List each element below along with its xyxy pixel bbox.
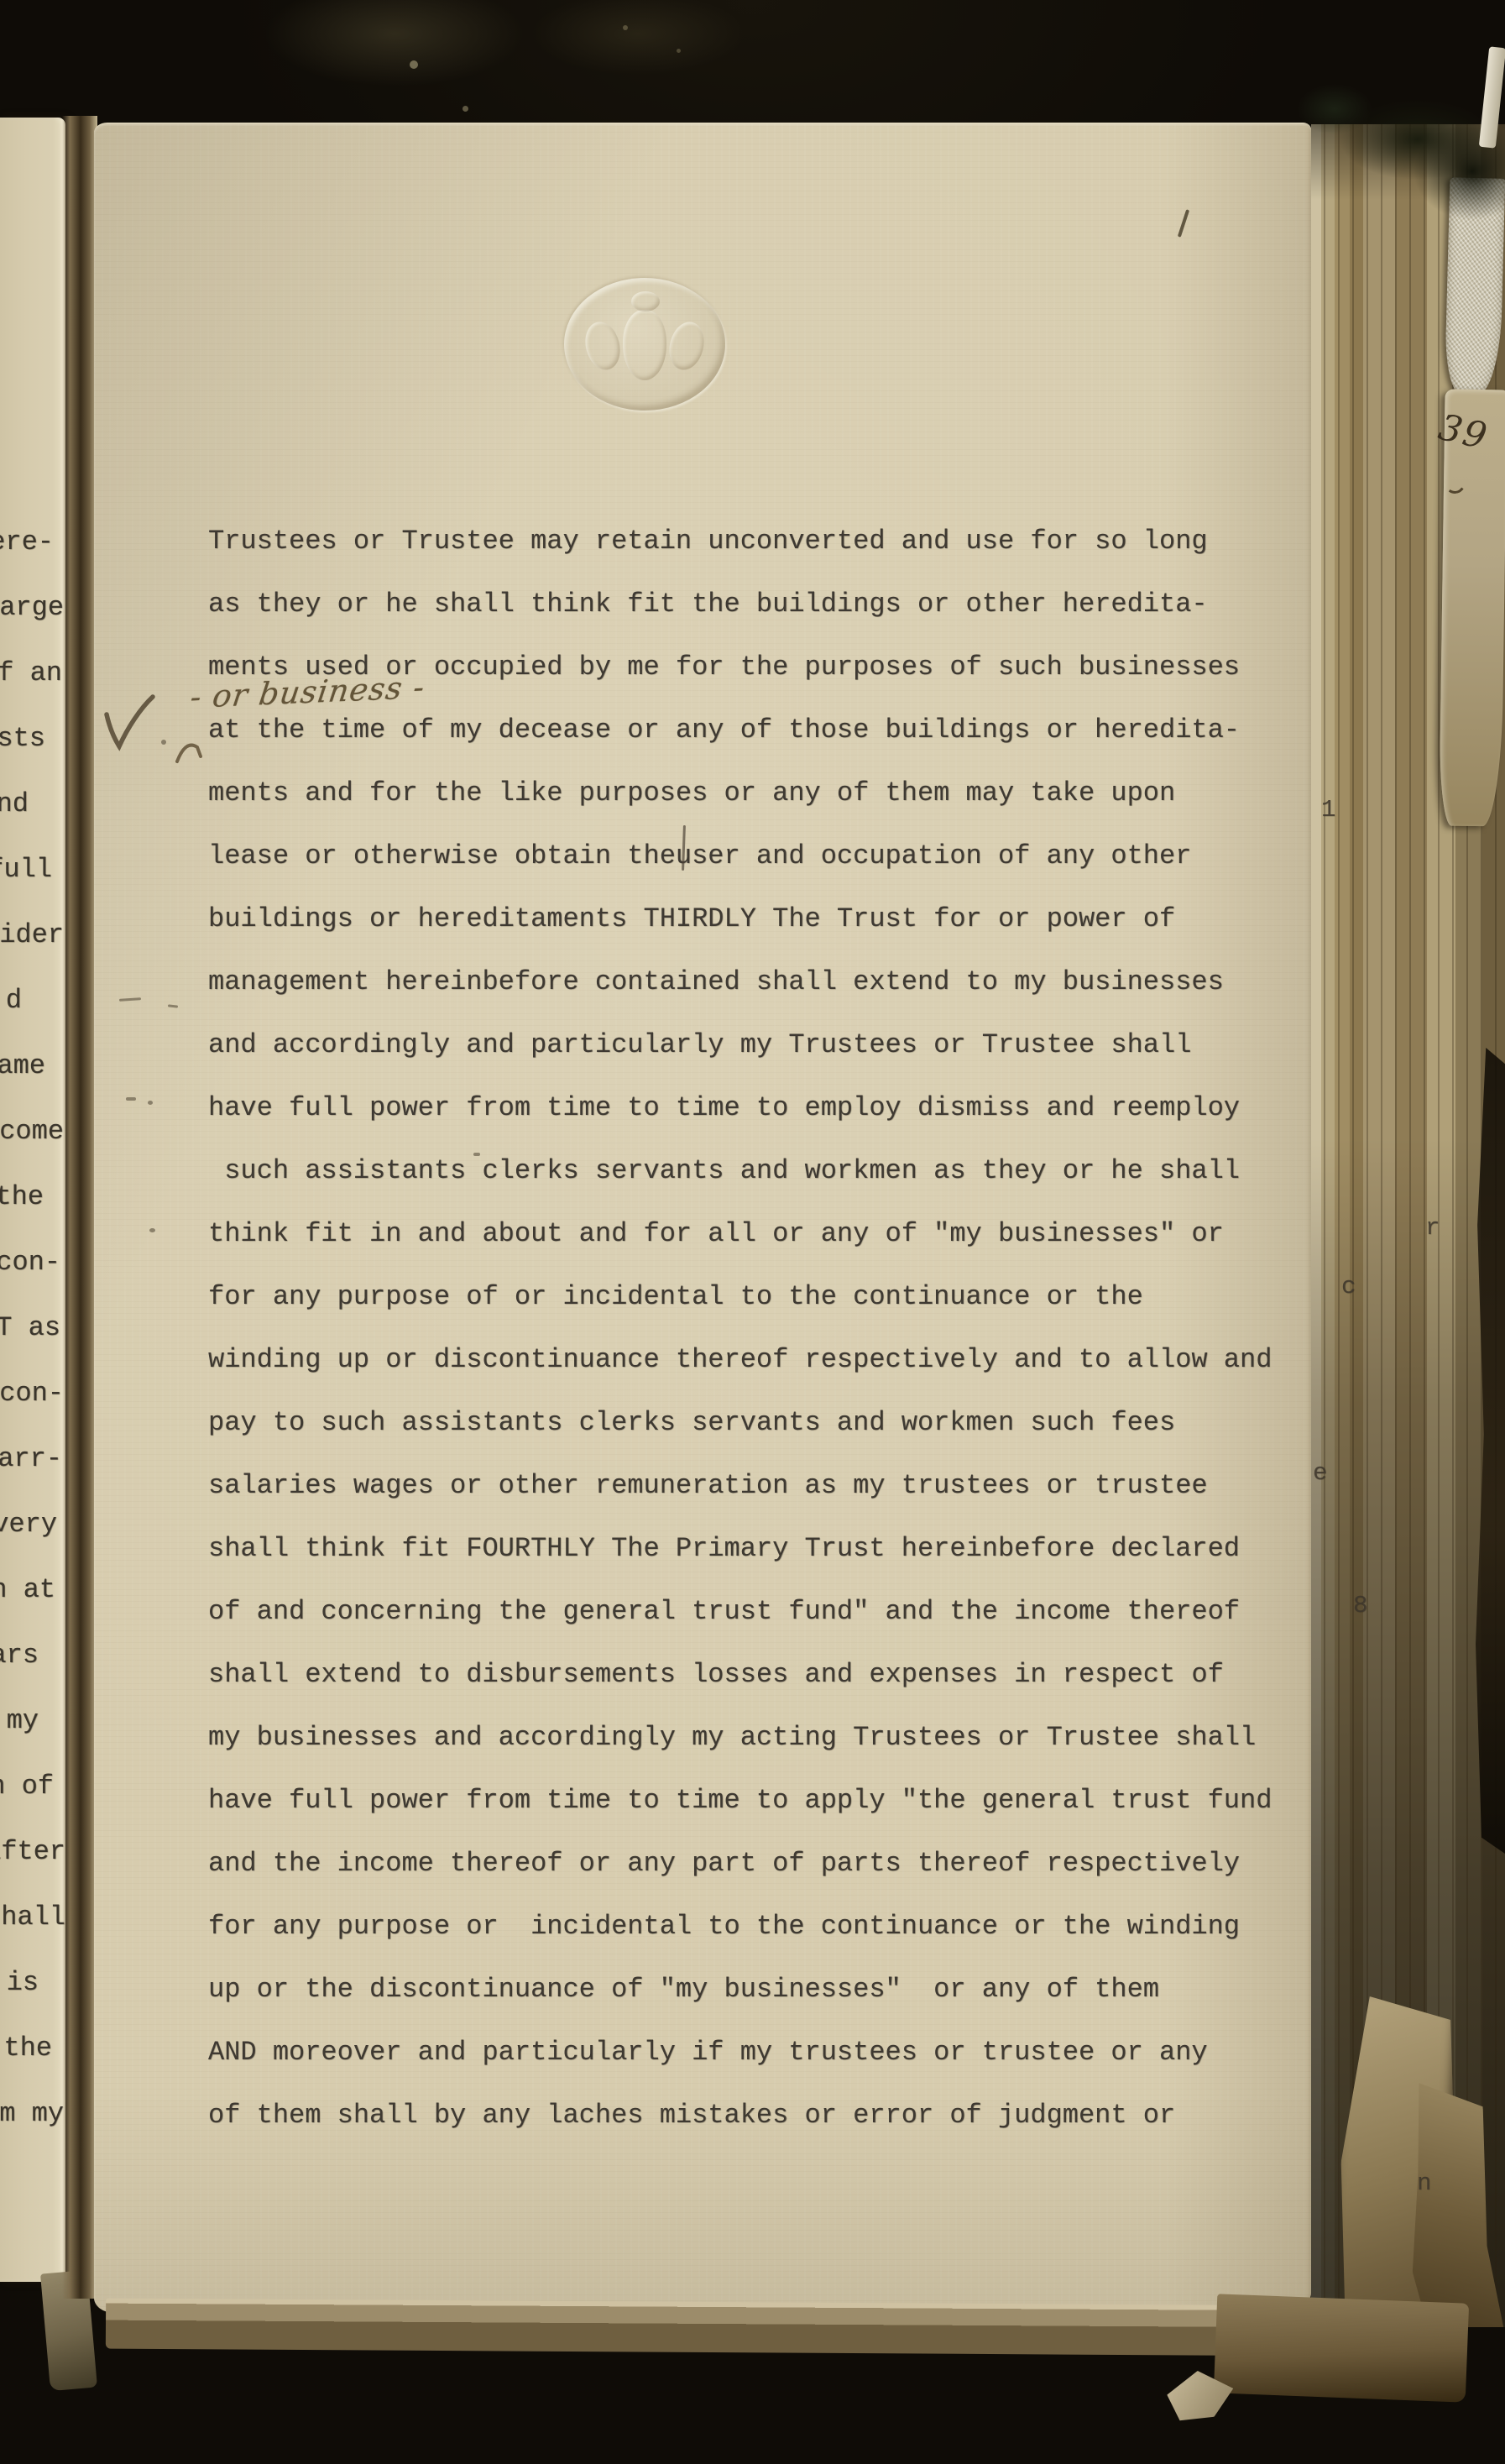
- caret-insertion-mark: [175, 738, 205, 768]
- facing-page-edge-strip: there-schargeof anrustsndn fullonsiderds…: [0, 118, 65, 2282]
- facing-page-line-fragment: of an: [0, 659, 62, 688]
- will-document-page: Trustees or Trustee may retain unconvert…: [94, 123, 1311, 2313]
- facing-page-line-fragment: d con-: [0, 1248, 60, 1277]
- fore-edge-shadow-gap: [1476, 1048, 1505, 1854]
- dust-speck: [677, 49, 681, 53]
- stray-character: 8: [1353, 1592, 1367, 1619]
- dust-speck: [623, 25, 628, 30]
- typed-line: pay to such assistants clerks servants a…: [208, 1407, 1175, 1439]
- facing-page-line-fragment: r my: [0, 1707, 39, 1735]
- dust-speck: [462, 106, 468, 112]
- typed-line: of them shall by any laches mistakes or …: [208, 2100, 1175, 2132]
- facing-page-line-fragment: same: [0, 1052, 45, 1080]
- bottom-page-stack-edge: [106, 2299, 1318, 2357]
- seal-crown: [631, 291, 660, 311]
- seal-lion-supporter: [581, 318, 625, 374]
- typed-line: AND moreover and particularly if my trus…: [208, 2037, 1208, 2069]
- seal-unicorn-supporter: [665, 318, 709, 374]
- stray-character: c: [1341, 1273, 1356, 1300]
- seal-shield: [623, 310, 666, 380]
- facing-page-line-fragment: d: [6, 986, 22, 1015]
- typed-line: ments and for the like purposes or any o…: [208, 777, 1175, 809]
- typed-line: lease or otherwise obtain theuser and oc…: [208, 840, 1191, 872]
- embossed-coat-of-arms-seal: [564, 278, 725, 411]
- typed-line: for any purpose or incidental to the con…: [208, 1911, 1240, 1943]
- facing-page-line-fragment: einafter: [0, 1838, 65, 1866]
- facing-page-line-fragment: he shall: [0, 1903, 65, 1932]
- pencil-dash: [119, 997, 141, 1002]
- facing-page-line-fragment: ears: [0, 1641, 39, 1670]
- typed-line: such assistants clerks servants and work…: [208, 1155, 1240, 1187]
- facing-page-line-fragment: ECT as: [0, 1314, 60, 1342]
- typed-line: think fit in and about and for all or an…: [208, 1218, 1224, 1250]
- typed-line: management hereinbefore contained shall …: [208, 966, 1224, 998]
- typed-line: have full power from time to time to emp…: [208, 1092, 1240, 1124]
- typed-line: my businesses and accordingly my acting …: [208, 1722, 1256, 1754]
- typed-line: for any purpose of or incidental to the …: [208, 1281, 1143, 1313]
- typed-line: and accordingly and particularly my Trus…: [208, 1029, 1191, 1061]
- facing-page-line-fragment: income: [0, 1117, 64, 1146]
- facing-page-line-fragment: in at: [0, 1576, 55, 1604]
- typed-line: at the time of my decease or any of thos…: [208, 714, 1240, 746]
- facing-page-line-fragment: there-: [0, 528, 54, 557]
- book-gutter-shadow: [62, 116, 97, 2299]
- photographed-document-scan: { "document": { "typed_lines": [ "Truste…: [0, 0, 1505, 2464]
- typed-line: salaries wages or other remuneration as …: [208, 1470, 1208, 1502]
- facing-page-line-fragment: f the: [0, 2034, 52, 2063]
- ink-dot: [161, 740, 166, 745]
- stray-character: r: [1425, 1214, 1440, 1242]
- typed-line: buildings or hereditaments THIRDLY The T…: [208, 903, 1175, 935]
- typed-line: of and concerning the general trust fund…: [208, 1596, 1240, 1628]
- typed-line: up or the discontinuance of "my business…: [208, 1974, 1159, 2006]
- typed-line: as they or he shall think fit the buildi…: [208, 589, 1208, 620]
- facing-page-line-fragment: scharge: [0, 594, 64, 622]
- facing-page-line-fragment: every: [0, 1510, 57, 1539]
- typed-line: winding up or discontinuance thereof res…: [208, 1344, 1272, 1376]
- pencil-dash: [168, 1004, 178, 1007]
- stray-character: 1: [1321, 796, 1335, 824]
- facing-page-line-fragment: r is: [0, 1969, 39, 1997]
- typed-line: shall extend to disbursements losses and…: [208, 1659, 1224, 1691]
- pencil-dot: [149, 1228, 155, 1232]
- pen-slash-mark: [1178, 209, 1189, 238]
- typed-line: and the income thereof or any part of pa…: [208, 1848, 1240, 1880]
- facing-page-line-fragment: nd: [0, 790, 29, 819]
- pencil-dot: [473, 1153, 480, 1156]
- pencil-dot: [148, 1101, 153, 1105]
- typed-line: have full power from time to time to app…: [208, 1785, 1272, 1817]
- bottom-page-stack-edge-right: [1214, 2294, 1469, 2402]
- facing-page-line-fragment: w carr-: [0, 1445, 62, 1473]
- facing-page-line-fragment: all con-: [0, 1379, 64, 1408]
- facing-page-line-fragment: the: [0, 1183, 44, 1211]
- facing-page-line-fragment: on of: [0, 1772, 54, 1801]
- facing-page-line-fragment: n full: [0, 855, 52, 884]
- pencil-dot: [126, 1097, 136, 1101]
- facing-page-line-fragment: rusts: [0, 725, 45, 753]
- stray-character: e: [1313, 1459, 1327, 1487]
- facing-page-line-fragment: onsider: [0, 921, 64, 950]
- dust-speck: [410, 60, 418, 69]
- stray-character: n: [1417, 2169, 1431, 2197]
- book-fore-edge: 39 1cre8n: [1311, 124, 1505, 2327]
- checkmark-ink-annotation: [102, 691, 158, 756]
- typed-line: Trustees or Trustee may retain unconvert…: [208, 526, 1208, 557]
- typed-line: shall think fit FOURTHLY The Primary Tru…: [208, 1533, 1240, 1565]
- facing-page-line-fragment: them my: [0, 2100, 64, 2128]
